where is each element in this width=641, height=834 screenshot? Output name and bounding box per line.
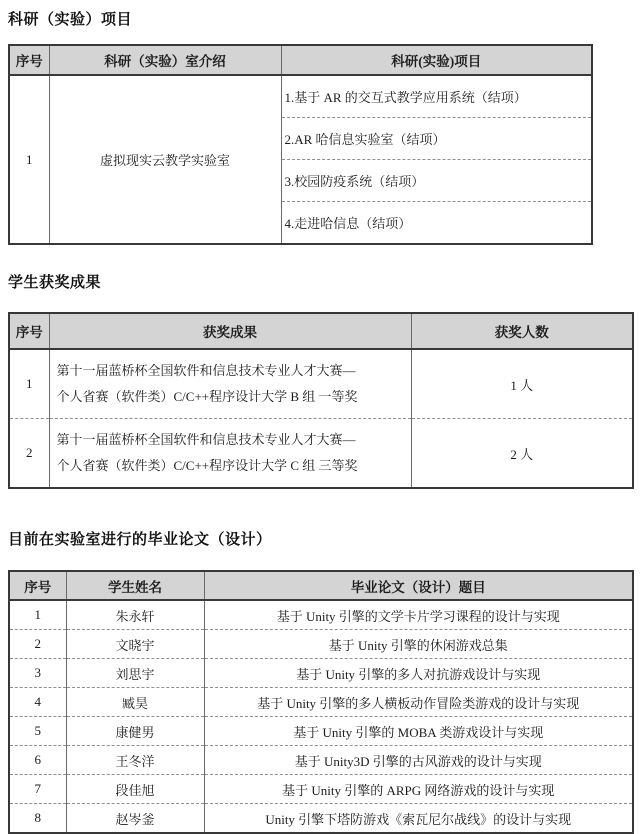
project-item: 1.基于 AR 的交互式教学应用系统（结项） (281, 75, 592, 118)
table-header-row: 序号 科研（实验）室介绍 科研(实验)项目 (9, 45, 592, 75)
table-row: 1 朱永轩 基于 Unity 引擎的文学卡片学习课程的设计与实现 (9, 600, 633, 630)
column-header-lab-intro: 科研（实验）室介绍 (49, 45, 281, 75)
thesis-topic: 基于 Unity 引擎的文学卡片学习课程的设计与实现 (204, 600, 633, 630)
table-row: 3 刘思宇 基于 Unity 引擎的多人对抗游戏设计与实现 (9, 659, 633, 688)
table-row: 7 段佳旭 基于 Unity 引擎的 ARPG 网络游戏的设计与实现 (9, 775, 633, 804)
row-number: 8 (9, 804, 66, 834)
research-projects-table: 序号 科研（实验）室介绍 科研(实验)项目 1 虚拟现实云教学实验室 1.基于 … (8, 44, 593, 245)
column-header-student-name: 学生姓名 (66, 571, 204, 600)
row-number: 5 (9, 717, 66, 746)
section-title-research: 科研（实验）项目 (8, 10, 632, 30)
row-number: 7 (9, 775, 66, 804)
row-number: 6 (9, 746, 66, 775)
thesis-topic: 基于 Unity3D 引擎的古风游戏的设计与实现 (204, 746, 633, 775)
row-number: 2 (9, 630, 66, 659)
table-row: 2 文晓宇 基于 Unity 引擎的休闲游戏总集 (9, 630, 633, 659)
section-title-awards: 学生获奖成果 (8, 273, 632, 293)
thesis-topic: 基于 Unity 引擎的休闲游戏总集 (204, 630, 633, 659)
student-name: 段佳旭 (66, 775, 204, 804)
table-row: 4 臧昊 基于 Unity 引擎的多人横板动作冒险类游戏的设计与实现 (9, 688, 633, 717)
student-name: 王冬洋 (66, 746, 204, 775)
student-name: 康健男 (66, 717, 204, 746)
project-item: 3.校园防疫系统（结项） (281, 160, 592, 202)
column-header-no: 序号 (9, 313, 49, 349)
table-header-row: 序号 学生姓名 毕业论文（设计）题目 (9, 571, 633, 600)
project-item: 4.走进哈信息（结项） (281, 202, 592, 245)
student-name: 赵岑釜 (66, 804, 204, 834)
column-header-award: 获奖成果 (49, 313, 411, 349)
row-number: 1 (9, 600, 66, 630)
table-row: 6 王冬洋 基于 Unity3D 引擎的古风游戏的设计与实现 (9, 746, 633, 775)
thesis-topic: 基于 Unity 引擎的 MOBA 类游戏设计与实现 (204, 717, 633, 746)
column-header-thesis-title: 毕业论文（设计）题目 (204, 571, 633, 600)
row-number: 4 (9, 688, 66, 717)
project-item: 2.AR 哈信息实验室（结项） (281, 118, 592, 160)
row-number: 1 (9, 75, 49, 244)
student-name: 文晓宇 (66, 630, 204, 659)
column-header-projects: 科研(实验)项目 (281, 45, 592, 75)
table-row: 2 第十一届蓝桥杯全国软件和信息技术专业人才大赛— 个人省赛（软件类）C/C++… (9, 419, 633, 489)
thesis-topic: 基于 Unity 引擎的多人横板动作冒险类游戏的设计与实现 (204, 688, 633, 717)
row-number: 3 (9, 659, 66, 688)
column-header-no: 序号 (9, 571, 66, 600)
section-title-thesis: 目前在实验室进行的毕业论文（设计） (8, 530, 632, 550)
student-name: 朱永轩 (66, 600, 204, 630)
thesis-table: 序号 学生姓名 毕业论文（设计）题目 1 朱永轩 基于 Unity 引擎的文学卡… (8, 570, 634, 834)
table-row: 8 赵岑釜 Unity 引擎下塔防游戏《索瓦尼尔战线》的设计与实现 (9, 804, 633, 834)
student-name: 臧昊 (66, 688, 204, 717)
award-count: 1 人 (411, 349, 633, 419)
lab-name: 虚拟现实云教学实验室 (49, 75, 281, 244)
row-number: 1 (9, 349, 49, 419)
row-number: 2 (9, 419, 49, 489)
table-row: 5 康健男 基于 Unity 引擎的 MOBA 类游戏设计与实现 (9, 717, 633, 746)
thesis-topic: 基于 Unity 引擎的多人对抗游戏设计与实现 (204, 659, 633, 688)
award-description: 第十一届蓝桥杯全国软件和信息技术专业人才大赛— 个人省赛（软件类）C/C++程序… (49, 349, 411, 419)
thesis-topic: 基于 Unity 引擎的 ARPG 网络游戏的设计与实现 (204, 775, 633, 804)
thesis-topic: Unity 引擎下塔防游戏《索瓦尼尔战线》的设计与实现 (204, 804, 633, 834)
column-header-count: 获奖人数 (411, 313, 633, 349)
award-count: 2 人 (411, 419, 633, 489)
award-description: 第十一届蓝桥杯全国软件和信息技术专业人才大赛— 个人省赛（软件类）C/C++程序… (49, 419, 411, 489)
document-page: { "colors": { "header_bg": "#d4d4d4", "b… (0, 0, 641, 827)
table-header-row: 序号 获奖成果 获奖人数 (9, 313, 633, 349)
table-row: 1 第十一届蓝桥杯全国软件和信息技术专业人才大赛— 个人省赛（软件类）C/C++… (9, 349, 633, 419)
table-row: 1 虚拟现实云教学实验室 1.基于 AR 的交互式教学应用系统（结项） (9, 75, 592, 118)
student-name: 刘思宇 (66, 659, 204, 688)
student-awards-table: 序号 获奖成果 获奖人数 1 第十一届蓝桥杯全国软件和信息技术专业人才大赛— 个… (8, 312, 634, 489)
column-header-no: 序号 (9, 45, 49, 75)
